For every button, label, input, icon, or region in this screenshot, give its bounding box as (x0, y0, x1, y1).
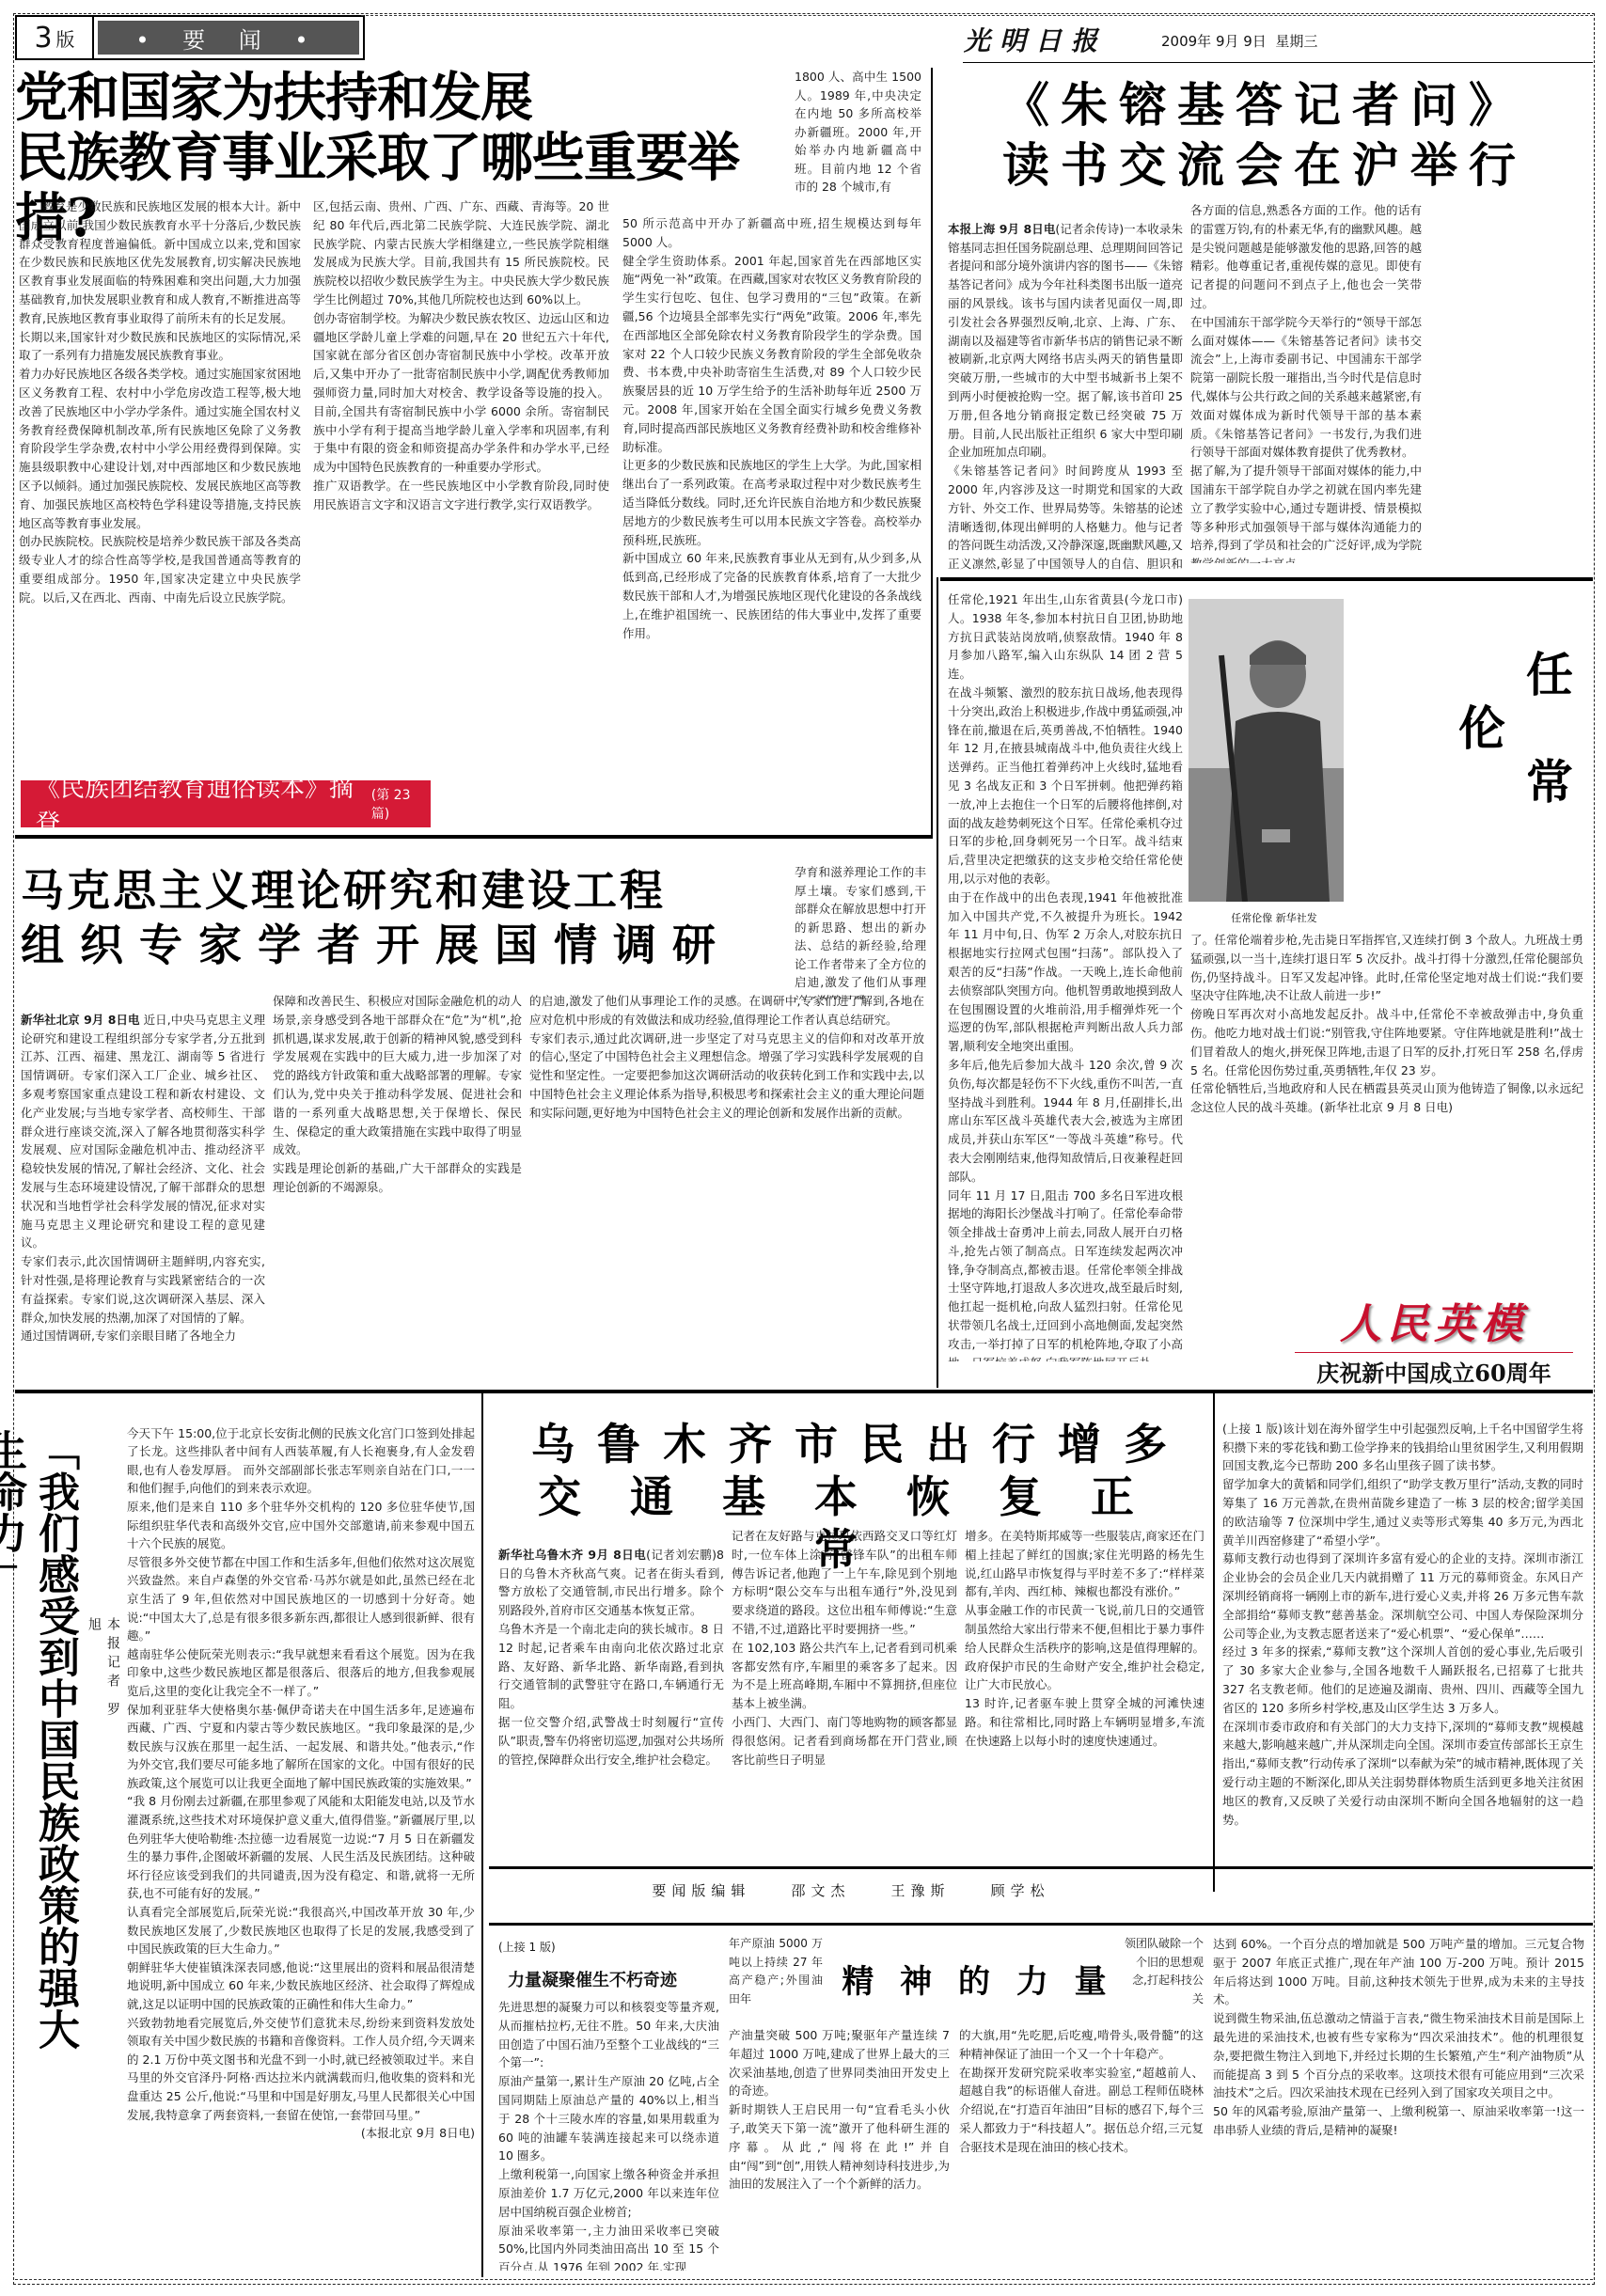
article6-headline-line1: 乌鲁木齐市民出行增多 (498, 1418, 1222, 1470)
article4-col1: 新华社北京 9月 8日电 近日,中央马克思主义理论研究和建设工程组织部分专家学者… (21, 992, 265, 1387)
article2-byline: (记者余传诗) (1055, 222, 1124, 236)
portrait-photo (1189, 599, 1344, 902)
series-banner-part: (第 23 篇) (371, 785, 431, 823)
editor-name: 王豫斯 (891, 1882, 951, 1899)
article6-right-rule (1213, 1393, 1215, 1892)
article1-col1: 教育是少数民族和民族地区发展的根本大计。新中国成立以前,我国少数民族教育水平十分… (19, 197, 301, 780)
article6-col1-text: 8 日的乌鲁木齐秋高气爽。记者在街头看到,警方放松了交通管制,市民出行增多。除个… (498, 1548, 724, 1767)
article1-headline-line1: 党和国家为扶持和发展 (15, 68, 786, 128)
article8-col1: 先进思想的凝聚力可以和核裂变等量齐观,从而摧枯拉朽,无往不胜。50 年来,大庆油… (498, 1998, 719, 2271)
article5-closing: (本报北京 9月 8日电) (361, 2124, 475, 2143)
article6-col3: 增多。在美特斯邦威等一些服装店,商家还在门楣上挂起了鲜红的国旗;家住光明路的杨先… (965, 1527, 1204, 1837)
article3-col2: 了。任常伦端着步枪,先击毙日军指挥官,又连续打倒 3 个敌人。九班战士勇猛顽强,… (1190, 931, 1583, 1243)
edition-tab: 3版 • 要 闻 • (15, 15, 365, 60)
series-banner: 《民族团结教育通俗读本》摘登 (第 23 篇) (21, 780, 431, 827)
issue-date: 2009年 9月 9日 星期三 (1161, 31, 1317, 51)
article8-col3-top: 领团队破除一个个旧的思想观念,打起科技公关 (1124, 1935, 1204, 2024)
article1-sidebar: 1800 人、高中生 1500 人。1989 年,中央决定在内地 50 多所高校… (795, 68, 921, 209)
masthead-underline (963, 62, 1593, 63)
article2-dateline: 本报上海 9月 8日电 (948, 222, 1055, 236)
article4-headline-line2: 组织专家学者开展国情调研 (21, 918, 792, 972)
article5-byline: 本报记者 罗 旭 (85, 1617, 122, 1749)
article1-right-rule (931, 68, 933, 839)
article8-subheading: 力量凝聚催生不朽奇迹 (508, 1967, 677, 1991)
article3-left-rule (937, 577, 938, 1388)
column-banner-subtitle: 庆祝新中国成立60周年 (1288, 1355, 1580, 1388)
divider-editors-top (489, 1866, 1593, 1869)
article4-headline-line1: 马克思主义理论研究和建设工程 (21, 863, 792, 918)
article1-col3: 50 所示范高中开办了新疆高中班,招生规模达到每年 5000 人。 健全学生资助… (622, 214, 921, 816)
article3-name-vertical: 任常伦 (1504, 602, 1580, 912)
article8-col3: 的大旗,用“先吃肥,后吃瘦,啃骨头,吸骨髓”的这种精神保证了油田一个又一个十年稳… (959, 2026, 1204, 2271)
editors-label: 要闻版编辑 (652, 1882, 750, 1899)
article2-col1: 本报上海 9月 8日电(记者余传诗)一本收录朱镕基同志担任国务院副总理、总理期间… (948, 201, 1183, 573)
article8-col2-top: 年产原油 5000 万吨以上持续 27 年高产稳产;外围油田年 (729, 1935, 823, 2024)
article4-col1-text: 近日,中央马克思主义理论研究和建设工程组织部分专家学者,分五批到江苏、江西、福建… (21, 1013, 265, 1344)
article6-col1: 新华社乌鲁木齐 9月 8日电(记者刘宏鹏)8 日的乌鲁木齐秋高气爽。记者在街头看… (498, 1527, 724, 1837)
series-banner-title: 《民族团结教育通俗读本》摘登 (36, 769, 366, 839)
article5-headline: 「我们感受到中国民族政策的强大生命力」 (24, 1429, 81, 2068)
date-text: 2009年 9月 9日 (1161, 33, 1267, 50)
article8-col2: 产油量突破 500 万吨;聚驱年产量连续 7 年超过 1000 万吨,建成了世界… (729, 2026, 950, 2271)
edition-number-value: 3 (34, 22, 52, 55)
column-banner-rule (1295, 1352, 1573, 1353)
edition-number: 3版 (17, 17, 94, 58)
article6-col2: 记者在友好路与克拉玛依西路交叉口等红灯时,一位车体上涂有“雷锋车队”的出租车师傅… (732, 1527, 957, 1837)
article7-continued: (上接 1 版) (1222, 1422, 1283, 1436)
photo-caption: 任常伦像 新华社发 (1204, 910, 1345, 925)
article2-col2: 各方面的信息,熟悉各方面的工作。他的话有的雷霆万钧,有的朴素无华,有的幽默风趣。… (1190, 201, 1422, 563)
article2-headline-line1: 《朱镕基答记者问》 (940, 75, 1589, 135)
soldier-portrait-icon (1189, 599, 1344, 902)
article8-headline: 精 神 的 力 量 (837, 1956, 1119, 2002)
divider-article8-top (489, 1923, 1593, 1926)
divider-lower-section (15, 1390, 1593, 1393)
header-dashed-rule (361, 15, 1593, 16)
article6-byline: (记者刘宏鹏) (646, 1548, 716, 1562)
section-name: • 要 闻 • (96, 19, 361, 56)
article2-headline-line2: 读书交流会在沪举行 (940, 135, 1589, 196)
divider-article3-top (940, 577, 1593, 581)
article8-col4: 达到 60%。一个百分点的增加就是 500 万吨产量的增加。三元复合物驱于 20… (1213, 1935, 1584, 2273)
edition-suffix: 版 (56, 24, 75, 52)
article5-right-rule (481, 1393, 483, 2277)
article7-text: 该计划在海外留学生中引起强烈反响,上千名中国留学生将积攒下来的零花钱和勤工俭学挣… (1222, 1422, 1583, 1827)
article6-dateline: 新华社乌鲁木齐 9月 8日电 (498, 1548, 646, 1562)
article4-dateline: 新华社北京 9月 8日电 (21, 1013, 140, 1027)
article5-body-text: 今天下午 15:00,位于北京长安街北侧的民族文化宫门口签到处排起了长龙。这些排… (127, 1426, 475, 2122)
masthead-logo: 光明日报 (964, 21, 1107, 58)
divider-article4-top (15, 835, 932, 839)
article8-continued: (上接 1 版) (498, 1939, 556, 1955)
editor-name: 顾学松 (991, 1882, 1050, 1899)
column-banner-title: 人民英模 (1288, 1290, 1580, 1350)
article1-col2: 区,包括云南、贵州、广西、广东、西藏、青海等。20 世纪 80 年代后,西北第二… (313, 197, 609, 780)
article7-body: (上接 1 版)该计划在海外留学生中引起强烈反响,上千名中国留学生将积攒下来的零… (1222, 1401, 1583, 1862)
article4-sidebar: 孕育和滋养理论工作的丰厚土壤。专家们感到,干部群众在解放思想中打开的新思路、想出… (795, 863, 926, 999)
article3-col1: 任常伦,1921 年出生,山东省黄县(今龙口市)人。1938 年冬,参加本村抗日… (948, 590, 1183, 1361)
article4-col3: 的启迪,激发了他们从事理论工作的灵感。在调研中,专家们进了解到,各地在应对危机中… (529, 992, 924, 1387)
column-banner: 人民英模 庆祝新中国成立60周年 (1288, 1290, 1580, 1384)
article4-col2: 保障和改善民生、积极应对国际金融危机的动人场景,亲身感受到各地干部群众在“危”为… (273, 992, 522, 1387)
editor-name: 邵文杰 (791, 1882, 850, 1899)
editors-line: 要闻版编辑 邵文杰 王豫斯 顾学松 (489, 1880, 1213, 1900)
footer-dashed-rule (15, 2279, 1593, 2280)
article2-headline: 《朱镕基答记者问》 读书交流会在沪举行 (940, 75, 1589, 196)
article5-body: 今天下午 15:00,位于北京长安街北侧的民族文化宫门口签到处排起了长龙。这些排… (127, 1406, 475, 2242)
article2-col1-text: 一本收录朱镕基同志担任国务院副总理、总理期间回答记者提问和部分境外演讲内容的图书… (948, 222, 1183, 573)
article4-headline: 马克思主义理论研究和建设工程 组织专家学者开展国情调研 (21, 863, 792, 972)
weekday-text: 星期三 (1275, 33, 1317, 50)
